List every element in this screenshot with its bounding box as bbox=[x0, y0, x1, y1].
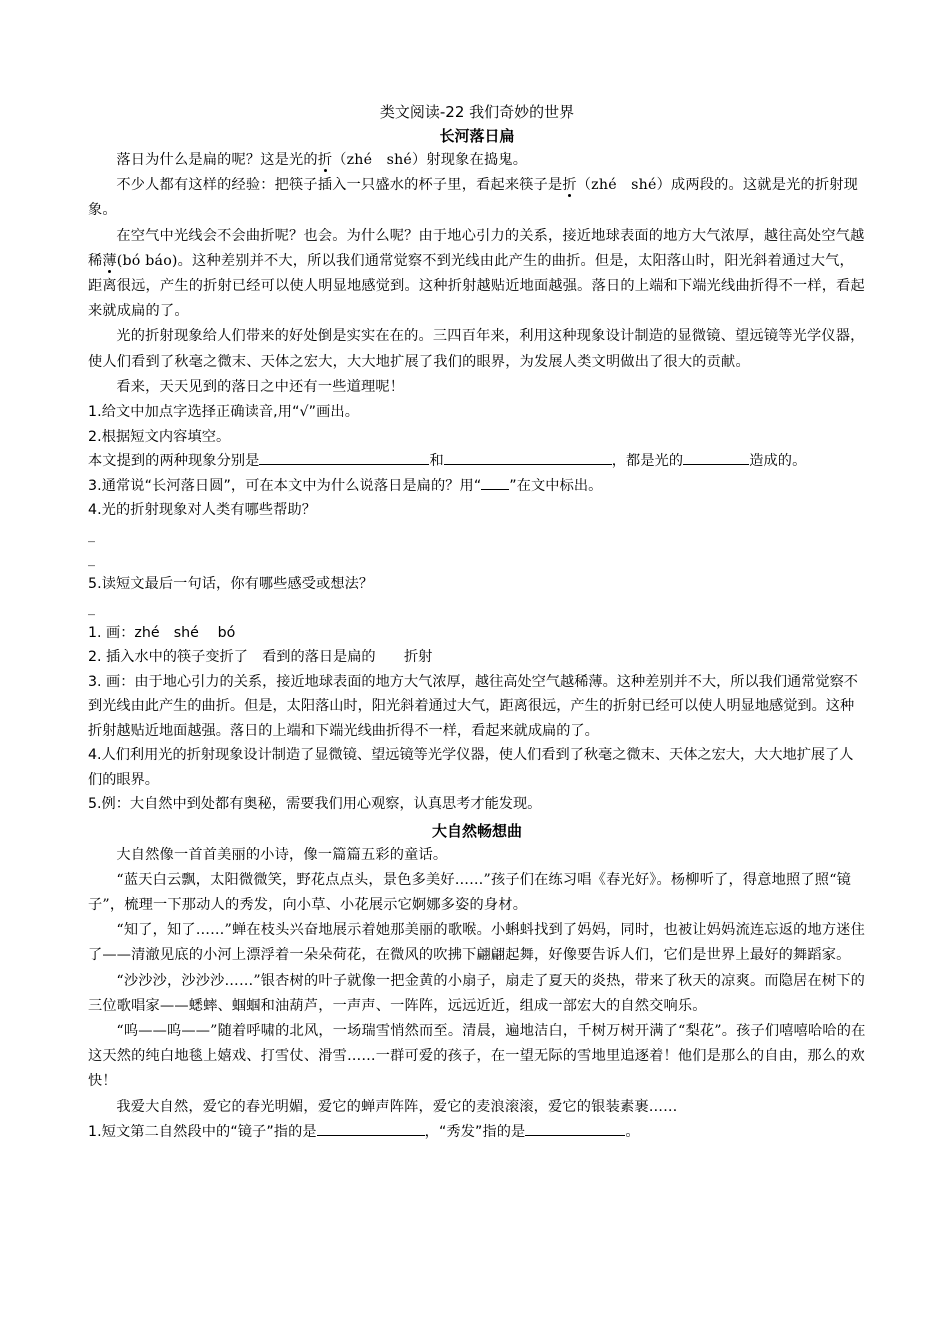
answer-line[interactable]: _ bbox=[88, 596, 866, 621]
text-span: ，“秀发”指的是 bbox=[425, 1124, 526, 1140]
text-span: 造成的。 bbox=[749, 453, 806, 469]
section1-paragraph-3: 在空气中光线会不会曲折呢？也会。为什么呢？由于地心引力的关系，接近地球表面的地方… bbox=[88, 224, 866, 325]
text-span: 本文提到的两种现象分别是 bbox=[88, 453, 259, 469]
answer-5: 5.例：大自然中到处都有奥秘，需要我们用心观察，认真思考才能发现。 bbox=[88, 792, 866, 817]
section1-paragraph-4: 光的折射现象给人们带来的好处倒是实实在在的。三四百年来，利用这种现象设计制造的显… bbox=[88, 324, 866, 374]
answer-blank[interactable] bbox=[525, 1121, 625, 1136]
section2-paragraph-6: 我爱大自然，爱它的春光明媚，爱它的蝉声阵阵，爱它的麦浪滚滚，爱它的银装素裹…… bbox=[88, 1095, 866, 1120]
answer-blank[interactable] bbox=[444, 450, 612, 465]
dotted-character: 折 bbox=[562, 177, 576, 193]
section2-paragraph-2: “蓝天白云飘，太阳微微笑，野花点点头，景色多美好……”孩子们在练习唱《春光好》。… bbox=[88, 868, 866, 918]
underline-sample bbox=[481, 475, 509, 490]
question-3: 3.通常说“长河落日圆”，可在本文中为什么说落日是扁的？用“”在文中标出。 bbox=[88, 474, 866, 499]
text-span: 1.短文第二自然段中的“镜子”指的是 bbox=[88, 1124, 317, 1140]
text-span: (bó báo)。这种差别并不大，所以我们通常觉察不到光线由此产生的曲折。但是，… bbox=[88, 253, 865, 319]
question-1: 1.给文中加点字选择正确读音,用“√”画出。 bbox=[88, 400, 866, 425]
document-title: 类文阅读-22 我们奇妙的世界 bbox=[88, 100, 866, 124]
text-span: ”在文中标出。 bbox=[509, 478, 602, 494]
section2-heading: 大自然畅想曲 bbox=[88, 819, 866, 843]
answer-line[interactable]: _ bbox=[88, 523, 866, 548]
dotted-character: 薄 bbox=[102, 253, 116, 269]
answer-1: 1. 画：zhé shé bó bbox=[88, 621, 866, 646]
question-4: 4.光的折射现象对人类有哪些帮助？ bbox=[88, 498, 866, 523]
text-span: （zhé shé）射现象在捣鬼。 bbox=[332, 152, 527, 168]
text-span: ，都是光的 bbox=[612, 453, 683, 469]
answer-4: 4.人们利用光的折射现象设计制造了显微镜、望远镜等光学仪器，使人们看到了秋毫之微… bbox=[88, 743, 866, 792]
question-2: 2.根据短文内容填空。 bbox=[88, 425, 866, 450]
answer-2: 2. 插入水中的筷子变折了 看到的落日是扁的 折射 bbox=[88, 645, 866, 670]
section1-heading: 长河落日扁 bbox=[88, 124, 866, 148]
worksheet-page: 类文阅读-22 我们奇妙的世界 长河落日扁 落日为什么是扁的呢？这是光的折（zh… bbox=[88, 100, 866, 1144]
answer-blank[interactable] bbox=[317, 1121, 425, 1136]
answer-blank[interactable] bbox=[683, 450, 749, 465]
answer-blank[interactable] bbox=[259, 450, 429, 465]
question-2-fill: 本文提到的两种现象分别是和，都是光的造成的。 bbox=[88, 449, 866, 474]
text-span: 不少人都有这样的经验：把筷子插入一只盛水的杯子里，看起来筷子是 bbox=[116, 177, 562, 193]
answer-line[interactable]: _ bbox=[88, 547, 866, 572]
section2-paragraph-3: “知了，知了……”蝉在枝头兴奋地展示着她那美丽的歌喉。小蝌蚪找到了妈妈，同时，也… bbox=[88, 918, 866, 968]
text-span: 落日为什么是扁的呢？这是光的 bbox=[116, 152, 317, 168]
section1-paragraph-2: 不少人都有这样的经验：把筷子插入一只盛水的杯子里，看起来筷子是折（zhé shé… bbox=[88, 173, 866, 223]
section2-paragraph-1: 大自然像一首首美丽的小诗，像一篇篇五彩的童话。 bbox=[88, 843, 866, 868]
section2-paragraph-5: “呜——呜——”随着呼啸的北风，一场瑞雪悄然而至。清晨，遍地洁白，千树万树开满了… bbox=[88, 1019, 866, 1095]
section2-paragraph-4: “沙沙沙，沙沙沙……”银杏树的叶子就像一把金黄的小扇子，扇走了夏天的炎热，带来了… bbox=[88, 969, 866, 1019]
text-span: 和 bbox=[429, 453, 443, 469]
text-span: 。 bbox=[625, 1124, 639, 1140]
text-span: 3.通常说“长河落日圆”，可在本文中为什么说落日是扁的？用“ bbox=[88, 478, 481, 494]
section2-question-1: 1.短文第二自然段中的“镜子”指的是，“秀发”指的是。 bbox=[88, 1120, 866, 1145]
section1-paragraph-5: 看来，天天见到的落日之中还有一些道理呢！ bbox=[88, 375, 866, 400]
section1-paragraph-1: 落日为什么是扁的呢？这是光的折（zhé shé）射现象在捣鬼。 bbox=[88, 148, 866, 173]
answer-3: 3. 画：由于地心引力的关系，接近地球表面的地方大气浓厚，越往高处空气越稀薄。这… bbox=[88, 670, 866, 744]
question-5: 5.读短文最后一句话，你有哪些感受或想法？ bbox=[88, 572, 866, 597]
dotted-character: 折 bbox=[318, 152, 332, 168]
